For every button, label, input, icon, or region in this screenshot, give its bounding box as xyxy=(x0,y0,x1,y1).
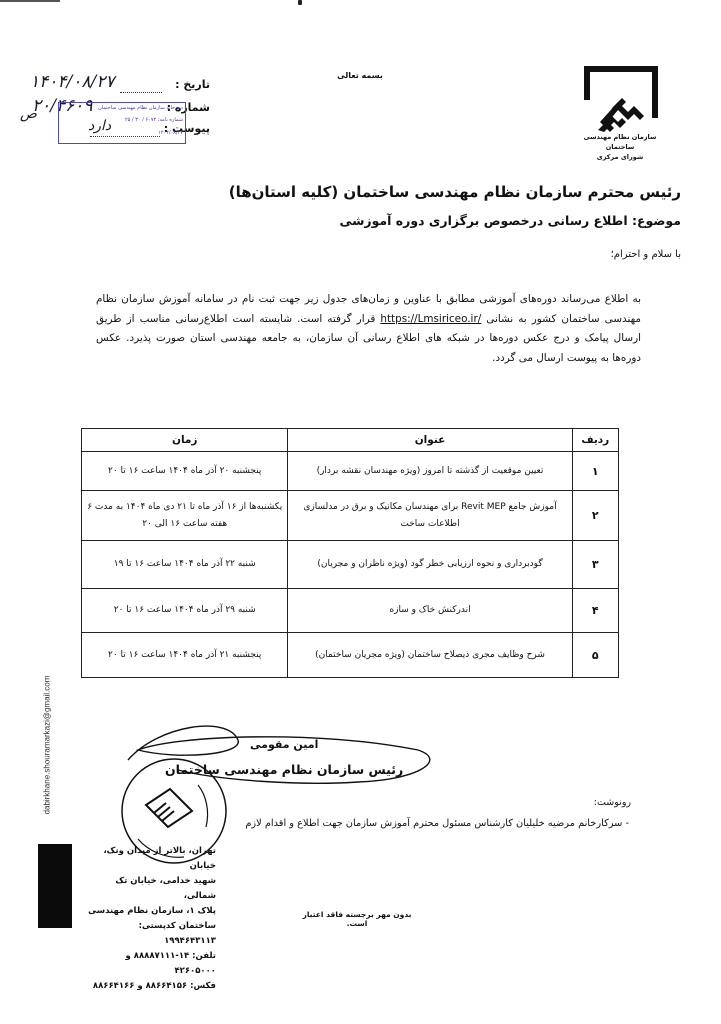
logo-caption-line1: سازمان نظام مهندسی ساختمان xyxy=(570,132,670,152)
stamp-line-1: دبیرخانه سازمان نظام مهندسی ساختمان xyxy=(98,105,183,111)
course-title: گودبرداری و نحوه ارزیابی خطر گود (ویژه ن… xyxy=(288,541,572,589)
address-line: پلاک ۱، سازمان نظام مهندسی xyxy=(86,904,216,919)
scan-artifact xyxy=(298,0,302,5)
date-dotted-line xyxy=(120,92,162,93)
cc-label: رونوشت: xyxy=(594,797,631,808)
course-title: شرح وظایف مجری ذیصلاح ساختمان (ویژه مجری… xyxy=(288,633,572,678)
date-label: تاریخ : xyxy=(175,78,210,91)
header-zaman: زمان xyxy=(82,429,288,452)
phone-line: تلفن: ۱۴-۸۸۸۸۷۱۱۱ و ۴۲۶۰۵۰۰۰ xyxy=(86,949,216,979)
stamp-line-3: ۱۴۰۴/۰۸/۲۷ xyxy=(158,130,183,136)
number-suffix: ص xyxy=(20,106,37,122)
header-radif: ردیف xyxy=(572,429,618,452)
scan-edge-line xyxy=(0,0,60,2)
lms-link[interactable]: https://Lmsiriceo.ir/ xyxy=(380,313,481,325)
row-number: ۴ xyxy=(572,589,618,633)
address-block: تهران، بالاتر از میدان ونک، خیابان شهید … xyxy=(86,844,216,994)
table-row: ۴ اندرکنش خاک و سازه شنبه ۲۹ آذر ماه ۱۴۰… xyxy=(82,589,619,633)
secretariat-stamp: دبیرخانه سازمان نظام مهندسی ساختمان شمار… xyxy=(58,102,186,144)
greeting: با سلام و احترام؛ xyxy=(611,249,681,260)
course-time: پنجشنبه ۲۰ آذر ماه ۱۴۰۴ ساعت ۱۶ تا ۲۰ xyxy=(82,452,288,491)
course-title: اندرکنش خاک و سازه xyxy=(288,589,572,633)
courses-table: ردیف عنوان زمان ۱ تعیین موقعیت از گذشته … xyxy=(81,428,619,678)
header-onvan: عنوان xyxy=(288,429,572,452)
logo-caption: سازمان نظام مهندسی ساختمان شورای مرکزی xyxy=(570,132,670,162)
recipient-heading: رئیس محترم سازمان نظام مهندسی ساختمان (ک… xyxy=(229,183,681,201)
fax-line: فکس: ۸۸۶۶۴۱۵۶ و ۸۸۶۶۴۱۶۶ xyxy=(86,979,216,994)
signatory-name: امین مقومی xyxy=(250,738,318,751)
date-value: ۱۴۰۴/۰۸/۲۷ xyxy=(30,72,115,92)
course-title: آموزش جامع Revit MEP برای مهندسان مکانیک… xyxy=(288,491,572,541)
basmala: بسمه تعالی xyxy=(320,71,400,80)
subject-line: موضوع: اطلاع رسانی درخصوص برگزاری دوره آ… xyxy=(339,213,681,228)
address-line: تهران، بالاتر از میدان ونک، خیابان xyxy=(86,844,216,874)
row-number: ۳ xyxy=(572,541,618,589)
address-line: ساختمان کدپستی: ۱۹۹۴۶۴۳۱۱۳ xyxy=(86,919,216,949)
redacted-block xyxy=(38,844,72,928)
row-number: ۵ xyxy=(572,633,618,678)
stamp-line-2: شماره نامه: ۶۰۷۲ / ۳۰ / ۲۵ xyxy=(125,117,183,123)
table-row: ۲ آموزش جامع Revit MEP برای مهندسان مکان… xyxy=(82,491,619,541)
course-time: پنجشنبه ۲۱ آذر ماه ۱۴۰۴ ساعت ۱۶ تا ۲۰ xyxy=(82,633,288,678)
secretariat-email: dabirkhane.shouramarkazi@gmail.com xyxy=(43,676,52,815)
table-header-row: ردیف عنوان زمان xyxy=(82,429,619,452)
address-line: شهید خدامی، خیابان تک شمالی، xyxy=(86,874,216,904)
row-number: ۱ xyxy=(572,452,618,491)
table-row: ۳ گودبرداری و نحوه ارزیابی خطر گود (ویژه… xyxy=(82,541,619,589)
logo-caption-line2: شورای مرکزی xyxy=(570,152,670,162)
table-row: ۵ شرح وظایف مجری ذیصلاح ساختمان (ویژه مج… xyxy=(82,633,619,678)
table-row: ۱ تعیین موقعیت از گذشته تا امروز (ویژه م… xyxy=(82,452,619,491)
row-number: ۲ xyxy=(572,491,618,541)
course-time: یکشنبه‌ها از ۱۶ آذر ماه تا ۲۱ دی ماه ۱۴۰… xyxy=(82,491,288,541)
validity-note: بدون مهر برجسته فاقد اعتبار است. xyxy=(292,910,422,928)
cc-recipient-line: - سرکارخانم مرضیه خلیلیان کارشناس مسئول … xyxy=(245,818,629,829)
course-time: شنبه ۲۲ آذر ماه ۱۴۰۴ ساعت ۱۶ تا ۱۹ xyxy=(82,541,288,589)
course-title: تعیین موقعیت از گذشته تا امروز (ویژه مهن… xyxy=(288,452,572,491)
body-paragraph: به اطلاع می‌رساند دوره‌های آموزشی مطابق … xyxy=(96,290,641,368)
course-time: شنبه ۲۹ آذر ماه ۱۴۰۴ ساعت ۱۶ تا ۲۰ xyxy=(82,589,288,633)
